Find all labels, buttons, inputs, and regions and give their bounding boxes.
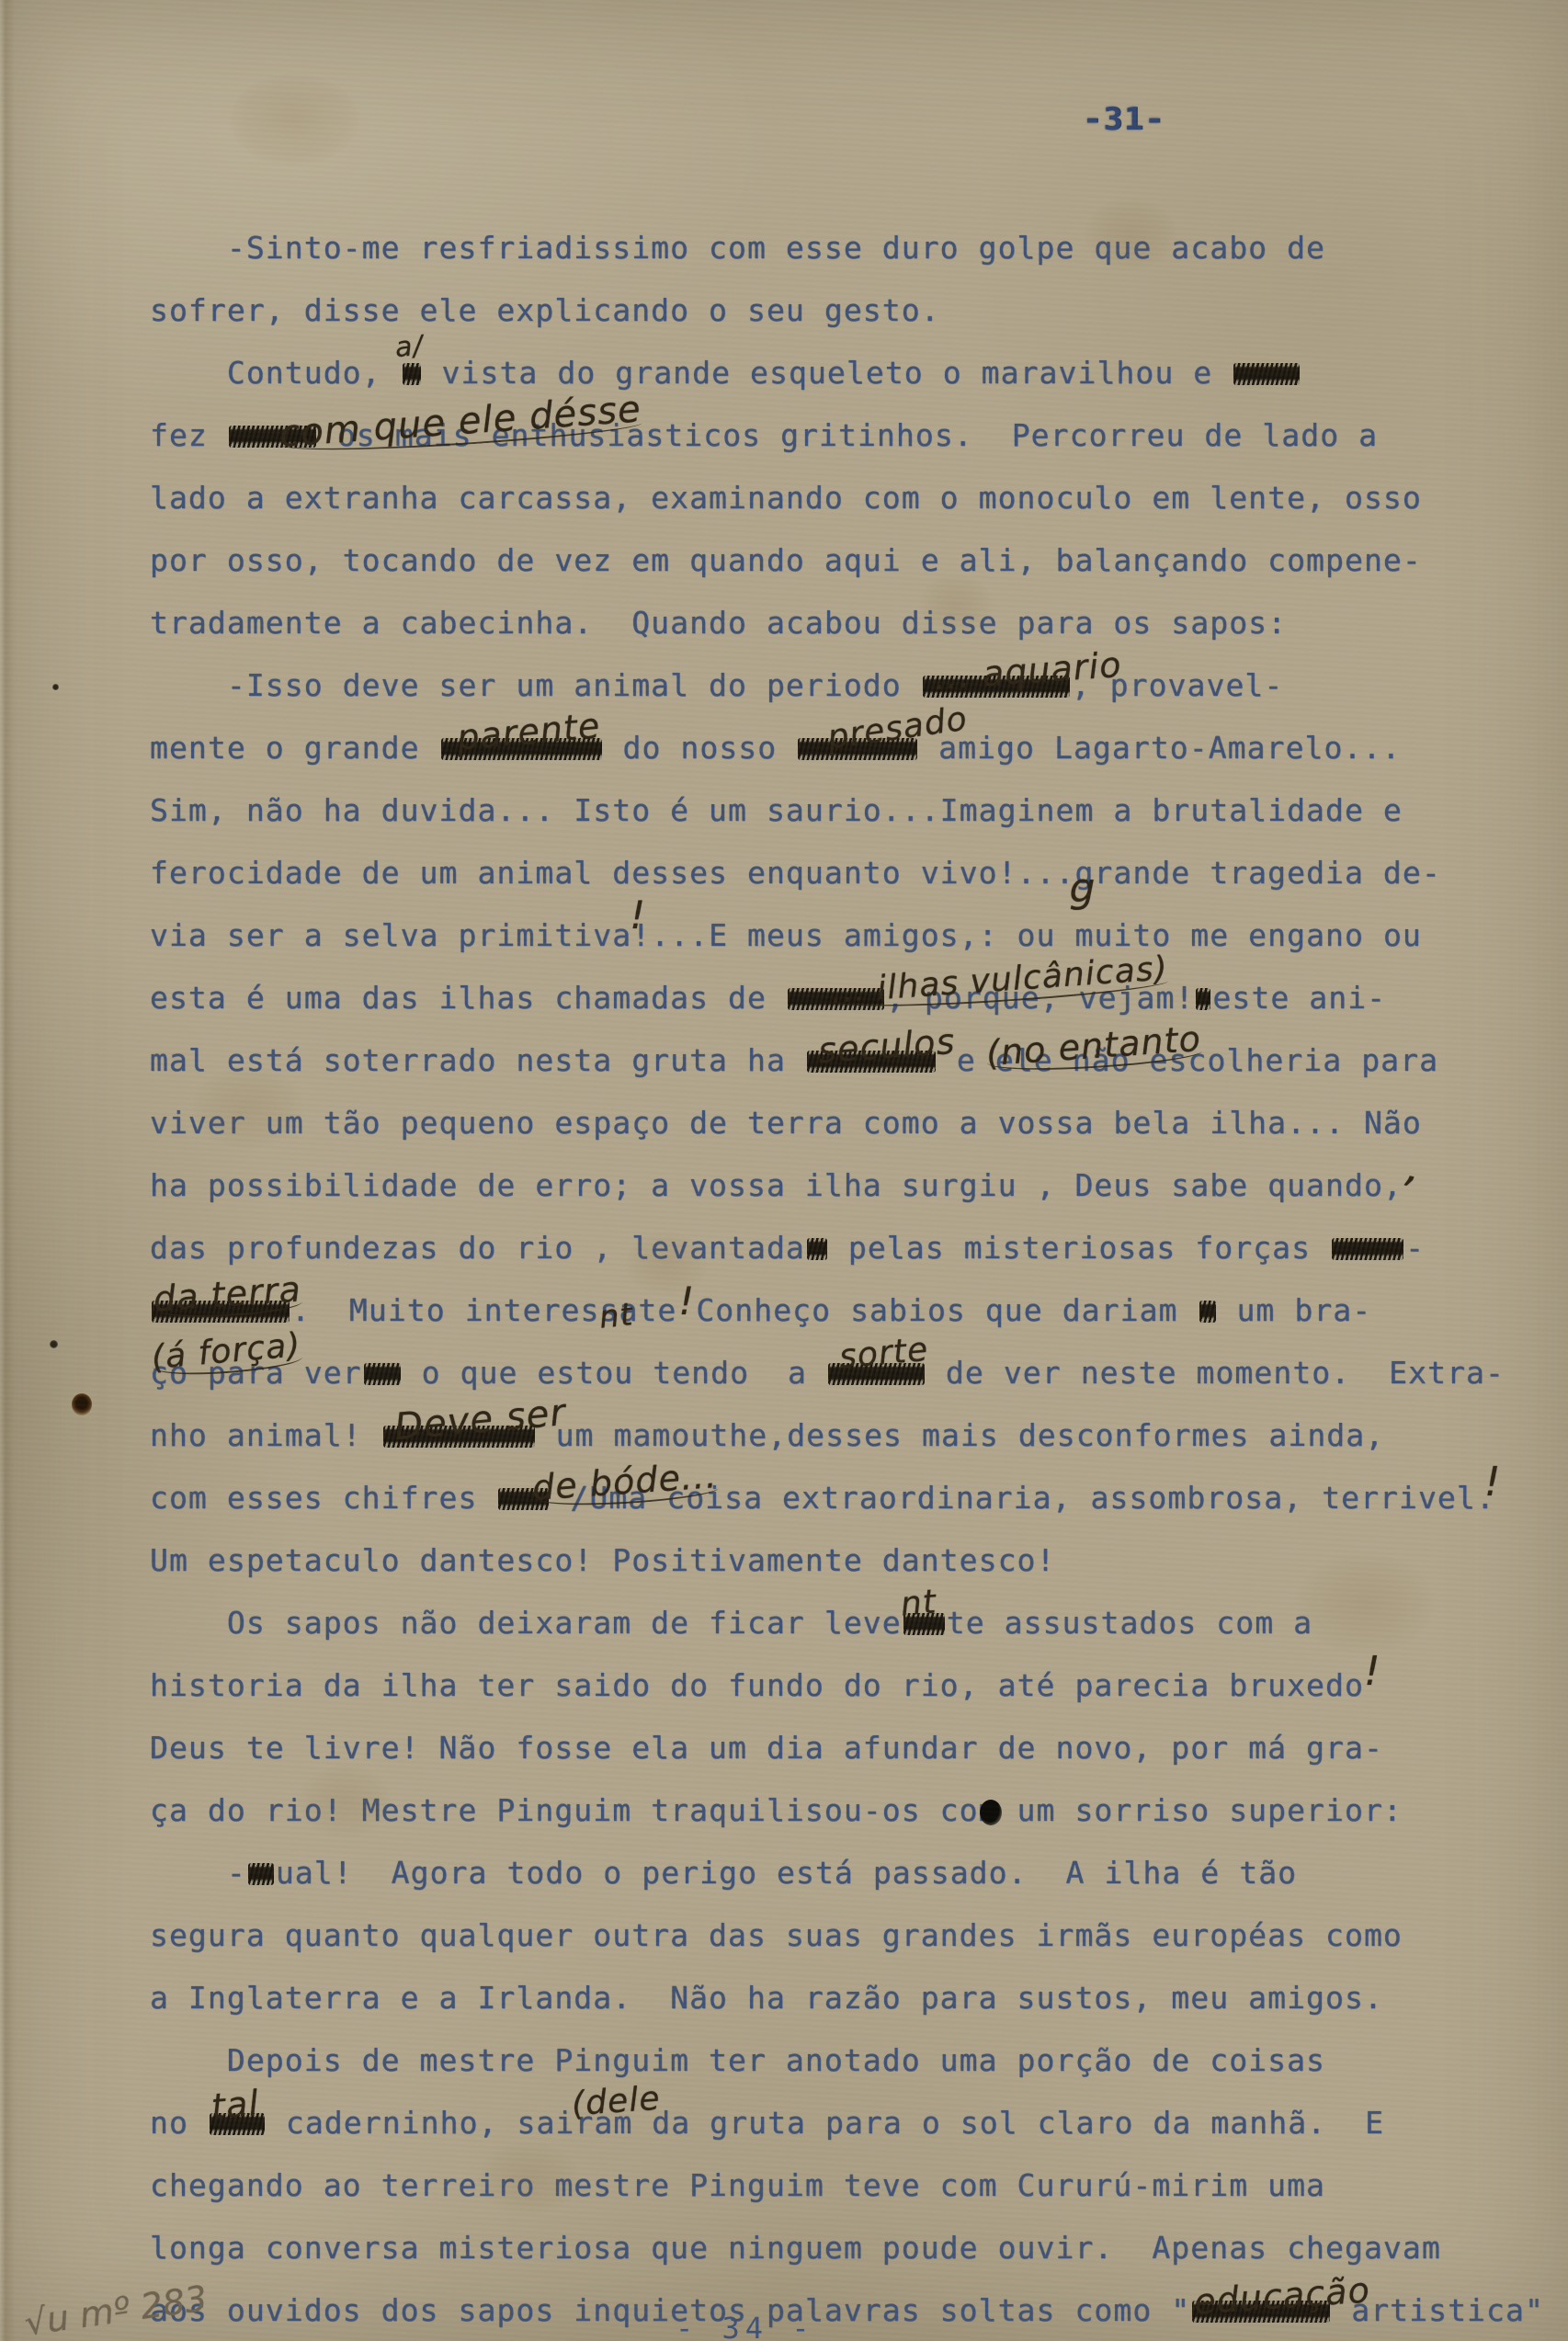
typescript-line: ha possibilidade de erro; a vossa ilha s… [0, 1154, 1568, 1217]
handwritten-ink-text: sorte [838, 1334, 930, 1374]
handwritten-ink-text: tal [210, 2085, 260, 2124]
typewritten-text: aos ouvidos dos sapos inquietos palavras… [150, 2292, 1190, 2328]
typescript-line: a Inglaterra e a Irlanda. Não ha razão p… [0, 1967, 1568, 2029]
ink-strikeout-scribble [807, 1238, 827, 1260]
typewritten-text: de ver neste momento. Extra- [926, 1355, 1505, 1391]
handwritten-ink-text: a/ [393, 333, 424, 363]
typewritten-text: -Isso deve ser um animal do periodo [150, 667, 921, 703]
ink-strikeout-scribble [364, 1363, 401, 1385]
typescript-line: ferocidade de um animal desses enquanto … [0, 842, 1568, 904]
typescript-line: fez com que ele désse os mais enthusiast… [0, 404, 1568, 467]
typewritten-text: no [150, 2105, 208, 2141]
typewritten-text: - [1405, 1230, 1425, 1266]
typescript-line: das profundezas do rio , levantada pelas… [0, 1217, 1568, 1279]
ink-strikeout-scribble [248, 1863, 274, 1885]
typewritten-text: lado a extranha carcassa, examinando com… [150, 480, 1422, 516]
typescript-line: esta é uma das ilhas chamadas de ... ilh… [0, 967, 1568, 1029]
page-number: -31- [1083, 101, 1165, 138]
typescript-line: com esses chifres de bóde... /Uma coisa … [0, 1467, 1568, 1529]
typescript-line: segura quanto qualquer outra das suas gr… [0, 1904, 1568, 1967]
typescript-line: no tal caderninho,(dele sairam da gruta … [0, 2092, 1568, 2154]
typescript-line: Os sapos não deixaram de ficar leventte … [0, 1592, 1568, 1654]
typewritten-text: amigo Lagarto-Amarelo... [919, 730, 1401, 766]
typewritten-text: pelas misteriosas forças [829, 1230, 1330, 1266]
manuscript-lines: -Sinto-me resfriadissimo com esse duro g… [0, 217, 1568, 2341]
typewritten-text: com esses chifres [150, 1480, 496, 1516]
typewritten-text: das profundezas do rio , levantada [150, 1230, 805, 1266]
typewritten-text: historia da ilha ter saido do fundo do r… [150, 1667, 1364, 1703]
typescript-line: -Sinto-me resfriadissimo com esse duro g… [0, 217, 1568, 279]
typewritten-text: via ser a selva primitiva [150, 917, 631, 953]
typescript-line: Um espetaculo dantesco! Positivamente da… [0, 1529, 1568, 1592]
typescript-line: sofrer, disse ele explicando o seu gesto… [0, 279, 1568, 342]
ink-strikeout-scribble [1233, 363, 1300, 385]
ink-strikeout-scribble [1199, 1301, 1216, 1323]
handwritten-ink-text: seculos [817, 1024, 957, 1068]
typescript-line: Depois de mestre Pinguim ter anotado uma… [0, 2029, 1568, 2092]
typewritten-text: por osso, tocando de vez em quando aqui … [150, 542, 1422, 578]
typescript-line: lado a extranha carcassa, examinando com… [0, 467, 1568, 529]
typewritten-text: ça do rio! Mestre Pinguim traquilisou-os… [150, 1792, 1403, 1828]
typescript-line: historia da ilha ter saido do fundo do r… [0, 1654, 1568, 1717]
handwritten-ink-text: nt [598, 1299, 635, 1334]
handwritten-ink-text: ! [1484, 1462, 1502, 1503]
typewritten-text: mal está soterrado nesta gruta ha [150, 1042, 805, 1078]
typescript-line: mal está soterrado nesta gruta ha seculo… [0, 1029, 1568, 1092]
typewritten-text: - [150, 1855, 246, 1891]
typewritten-text: caderninho, [267, 2105, 498, 2141]
typescript-line: ço(á força) para ver o que estou tendo a… [0, 1342, 1568, 1404]
typescript-line: por osso, tocando de vez em quando aqui … [0, 529, 1568, 592]
typewritten-text: vista do grande esqueleto o maravilhou e [423, 355, 1233, 391]
typewritten-text: Depois de mestre Pinguim ter anotado uma… [150, 2042, 1325, 2078]
typewritten-text: Sim, não ha duvida... Isto é um saurio..… [150, 792, 1403, 828]
typescript-line: via ser a selva primitiva!!...E meus ami… [0, 904, 1568, 967]
typescript-line: Contudo, a/ vista do grande esqueleto o … [0, 342, 1568, 404]
typewritten-text: grande tragedia de- [1074, 855, 1440, 891]
typescript-line: mente o grande parente do nosso presado … [0, 717, 1568, 779]
typewritten-text: o que estou tendo a [403, 1355, 826, 1391]
typewritten-text: um bra- [1218, 1292, 1372, 1328]
typewritten-text: ual! Agora todo o perigo está passado. A… [276, 1855, 1297, 1891]
typewritten-text: . Muito interessa [291, 1292, 638, 1328]
ink-strikeout-scribble [1332, 1238, 1403, 1260]
typewritten-text: Deus te livre! Não fosse ela um dia afun… [150, 1730, 1383, 1766]
typescript-line: Sim, não ha duvida... Isto é um saurio..… [0, 779, 1568, 842]
typescript-line: Deus te livre! Não fosse ela um dia afun… [0, 1717, 1568, 1779]
footer-page-number: - 34 - [676, 2311, 815, 2341]
typewritten-text: sofrer, disse ele explicando o seu gesto… [150, 292, 940, 328]
manuscript-page: -31- -Sinto-me resfriadissimo com esse d… [0, 0, 1568, 2341]
typewritten-text: !...E meus amigos,: ou muito me engano o… [631, 917, 1422, 953]
handwritten-ink-text: g [1069, 869, 1096, 909]
typewritten-text: este ani- [1212, 980, 1386, 1016]
ink-strikeout-scribble [1196, 988, 1210, 1010]
handwritten-ink-text: ! [630, 896, 646, 935]
paper-stain [230, 74, 358, 165]
typescript-line: viver um tão pequeno espaço de terra com… [0, 1092, 1568, 1154]
typewritten-text: mente o grande [150, 730, 439, 766]
typewritten-text: Conheço sabios que dariam [676, 1292, 1197, 1328]
typewritten-text: do nosso [604, 730, 797, 766]
typewritten-text: te [638, 1292, 676, 1328]
handwritten-ink-text: nt [899, 1585, 937, 1621]
typewritten-text: nho animal! [150, 1417, 381, 1453]
typewritten-text: Contudo, [150, 355, 401, 391]
typescript-line: -ual! Agora todo o perigo está passado. … [0, 1842, 1568, 1904]
typescript-line: chegando ao terreiro mestre Pinguim teve… [0, 2154, 1568, 2217]
typescript-line: tradamente a cabecinha. Quando acabou di… [0, 592, 1568, 654]
handwritten-ink-text: ! [1364, 1652, 1381, 1692]
typewritten-text: um mamouthe,desses mais desconformes ain… [537, 1417, 1385, 1453]
ink-strikeout-scribble [403, 363, 421, 385]
typewritten-text: esta é uma das ilhas chamadas de [150, 980, 786, 1016]
typescript-line: -Isso deve ser um animal do periodo ... … [0, 654, 1568, 717]
typewritten-text: te assustados com a [947, 1605, 1312, 1641]
typescript-line: longa conversa misteriosa que ninguem po… [0, 2217, 1568, 2279]
typewritten-text: viver um tão pequeno espaço de terra com… [150, 1105, 1422, 1141]
handwritten-ink-text: (dele [570, 2083, 661, 2122]
typewritten-text: -Sinto-me resfriadissimo com esse duro g… [150, 230, 1325, 266]
typewritten-text: Os sapos não deixaram de ficar leve [150, 1605, 902, 1641]
typescript-line: ça do rio! Mestre Pinguim traquilisou-os… [0, 1779, 1568, 1842]
typewritten-text: fez [150, 417, 227, 453]
typewritten-text: ferocidade de um animal desses enquanto … [150, 855, 1074, 891]
handwritten-ink-text: ! [678, 1282, 695, 1321]
typewritten-text: a Inglaterra e a Irlanda. Não ha razão p… [150, 1980, 1383, 2016]
typewritten-text: chegando ao terreiro mestre Pinguim teve… [150, 2167, 1325, 2203]
typewritten-text: Um espetaculo dantesco! Positivamente da… [150, 1542, 1055, 1578]
typewritten-text: longa conversa misteriosa que ninguem po… [150, 2230, 1441, 2266]
typewritten-text: ha possibilidade de erro; a vossa ilha s… [150, 1167, 1403, 1203]
typescript-line: nho animal! Deve ser um mamouthe,desses … [0, 1404, 1568, 1467]
typewritten-text: segura quanto qualquer outra das suas gr… [150, 1917, 1403, 1953]
typewritten-text: tradamente a cabecinha. Quando acabou di… [150, 605, 1287, 641]
